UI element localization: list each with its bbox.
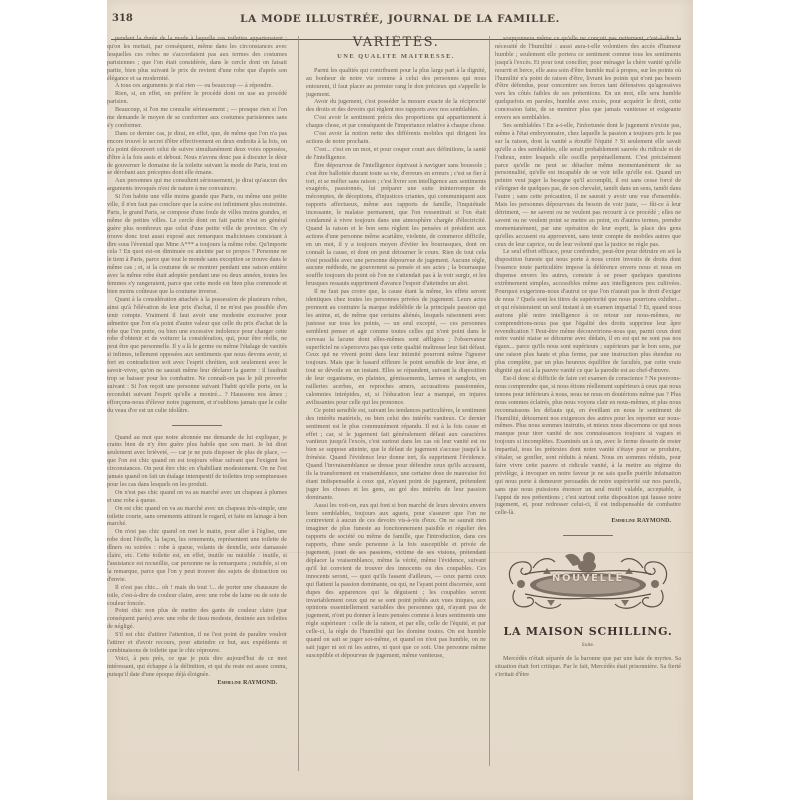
paragraph: Rien, si, en effet, on préfère le procéd…: [107, 90, 287, 106]
paragraph: On est chic quand on va au marché avec u…: [107, 505, 287, 529]
paragraph: soupçonnera même ce qu'elle ne conçoit p…: [495, 35, 681, 122]
fashion-article-part1: pendant la durée de la mode à laquelle c…: [107, 35, 287, 415]
running-title: LA MODE ILLUSTRÉE, JOURNAL DE LA FAMILLE…: [107, 13, 693, 25]
paragraph: C'est avoir la notion nette des différen…: [306, 130, 486, 146]
paragraph: Avoir du jugement, c'est posséder la mes…: [306, 98, 486, 114]
paragraph: On n'est pas chic quand on va au marché …: [107, 489, 287, 505]
paragraph: Quand au mot que notre abonnée me demand…: [107, 434, 287, 489]
story-title: LA MAISON SCHILLING.: [495, 628, 681, 636]
nouvelle-vignette: NOUVELLE: [503, 544, 673, 616]
page-header: 318 LA MODE ILLUSTRÉE, JOURNAL DE LA FAM…: [107, 9, 693, 31]
newspaper-page: 318 LA MODE ILLUSTRÉE, JOURNAL DE LA FAM…: [107, 0, 693, 800]
middle-column: VARIÉTÉS. UNE QUALITE MAITRESSE. Parmi l…: [306, 35, 486, 765]
paragraph: C'est... c'est en un mot, et pour couper…: [306, 146, 486, 162]
author-signature: Emmeline RAYMOND.: [107, 679, 277, 687]
paragraph: Aussi les voit-on, eux qui font si bon m…: [306, 502, 486, 660]
paragraph: Être dépourvue de l'intelligence équivau…: [306, 162, 486, 289]
paragraph: Le seul effort efficace, pour confondre,…: [495, 248, 681, 375]
paragraph: Il n'est pas chic... oh ! mais du tout !…: [107, 584, 287, 608]
paragraph: Voici, à peu près, ce que je puis dire a…: [107, 655, 287, 679]
paragraph: Il ne faut pas croire que, la cause étan…: [306, 288, 486, 407]
fashion-article-part2: Quand au mot que notre abonnée me demand…: [107, 434, 287, 679]
paragraph: C'est avoir le sentiment précis des prop…: [306, 114, 486, 130]
author-signature: Emmeline RAYMOND.: [495, 517, 671, 525]
paragraph: S'il est chic d'attirer l'attention, il …: [107, 631, 287, 655]
section-title: VARIÉTÉS.: [306, 39, 486, 47]
varietes-article-continued: soupçonnera même ce qu'elle ne conçoit p…: [495, 35, 681, 517]
article-title: UNE QUALITE MAITRESSE.: [306, 53, 486, 61]
paragraph: Parmi les qualités qui contribuent pour …: [306, 67, 486, 99]
paragraph: Aux personnes qui me consultent sérieuse…: [107, 177, 287, 193]
section-divider: [172, 425, 222, 426]
story-subtitle: Suite.: [495, 642, 681, 650]
right-column: soupçonnera même ce qu'elle ne conçoit p…: [495, 35, 681, 795]
paragraph: Point chic non plus de mettre des gants …: [107, 607, 287, 631]
nouvelle-label: NOUVELLE: [503, 575, 673, 583]
paragraph: Dans ce dernier cas, je dirai, en effet,…: [107, 130, 287, 177]
left-column: pendant la durée de la mode à laquelle c…: [107, 35, 287, 795]
paragraph: Est-il donc si difficile de faire cet ex…: [495, 375, 681, 517]
paragraph: pendant la durée de la mode à laquelle c…: [107, 35, 287, 82]
varietes-article-body: Parmi les qualités qui contribuent pour …: [306, 67, 486, 660]
paragraph: Ce point sensible est, suivant les tenda…: [306, 407, 486, 502]
column-divider: [298, 36, 299, 771]
paragraph: A tous ces arguments je n'ai rien — ou b…: [107, 82, 287, 90]
paragraph: Si l'on habite une ville moins grande qu…: [107, 193, 287, 296]
paragraph: Mercédès n'était séparée de la baronne q…: [495, 655, 681, 679]
story-body: Mercédès n'était séparée de la baronne q…: [495, 655, 681, 679]
column-divider: [489, 36, 490, 766]
paragraph: Ses semblables ! En a-t-elle, l'infortun…: [495, 122, 681, 249]
section-divider: [563, 535, 613, 536]
paragraph: On n'est pas chic quand on met le matin,…: [107, 528, 287, 583]
paragraph: Beaucoup, si l'on me consulte sérieuseme…: [107, 106, 287, 130]
paragraph: Quant à la considération attachée à la p…: [107, 296, 287, 415]
